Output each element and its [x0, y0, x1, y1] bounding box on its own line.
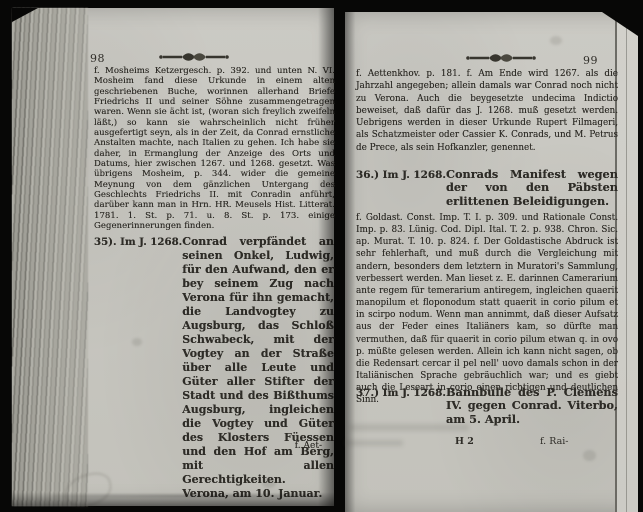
page-edge-stack — [12, 8, 88, 506]
paper-stain — [262, 478, 276, 488]
entry-35-label: 35). Im J. 1268. — [94, 235, 182, 249]
footnote-paragraph-right-top: f. Aettenkhov. p. 181. f. Am Ende wird 1… — [356, 68, 618, 154]
footnote-paragraph-left: f. Mosheims Ketzergesch. p. 392. und unt… — [94, 66, 335, 232]
page-right: 99 f. Aettenkhov. p. 181. f. Am Ende wir… — [345, 12, 638, 512]
book-scan: 98 f. Mosheims Ketzergesch. p. 392. und … — [0, 0, 643, 512]
paper-stain — [583, 450, 596, 461]
signature-mark: H 2 — [455, 436, 474, 447]
printer-flourish-icon — [158, 51, 230, 63]
entry-36-title: Conrads Manifest wegen der von den Päbst… — [446, 168, 618, 208]
ink-bleed-ghost — [349, 424, 469, 431]
printer-flourish-icon — [465, 52, 537, 64]
paper-stain — [132, 338, 142, 346]
regesta-entry-37: 37.) Im J. 1268. Bannbulle des P. Clemen… — [356, 386, 620, 426]
page-number: 99 — [583, 54, 598, 67]
corner-shadow — [602, 12, 638, 36]
paper-stain — [550, 36, 562, 45]
entry-36-label: 36.) Im J. 1268. — [356, 168, 446, 182]
page-edge-lines — [615, 12, 638, 512]
entry-37-label: 37.) Im J. 1268. — [356, 386, 446, 400]
entry-35-body: Conrad verpfändet an seinen Onkel, Ludwi… — [182, 235, 334, 501]
regesta-entry-36: 36.) Im J. 1268. Conrads Manifest wegen … — [356, 168, 620, 208]
paper-stain — [463, 312, 472, 319]
page-number: 98 — [90, 52, 105, 65]
page-left: 98 f. Mosheims Ketzergesch. p. 392. und … — [12, 8, 334, 506]
catchword-left: f. Aet- — [192, 441, 322, 451]
ink-bleed-ghost — [345, 440, 403, 446]
page-bottom-shadow — [12, 492, 334, 506]
catchword-right: f. Rai- — [540, 436, 569, 447]
footnote-paragraph-entry-36: f. Goldast. Const. Imp. T. I. p. 309. un… — [356, 212, 618, 407]
entry-37-title: Bannbulle des P. Clemens IV. gegen Conra… — [446, 386, 618, 426]
corner-shadow — [12, 8, 38, 22]
regesta-entry-35: 35). Im J. 1268. Conrad verpfändet an se… — [94, 235, 334, 501]
